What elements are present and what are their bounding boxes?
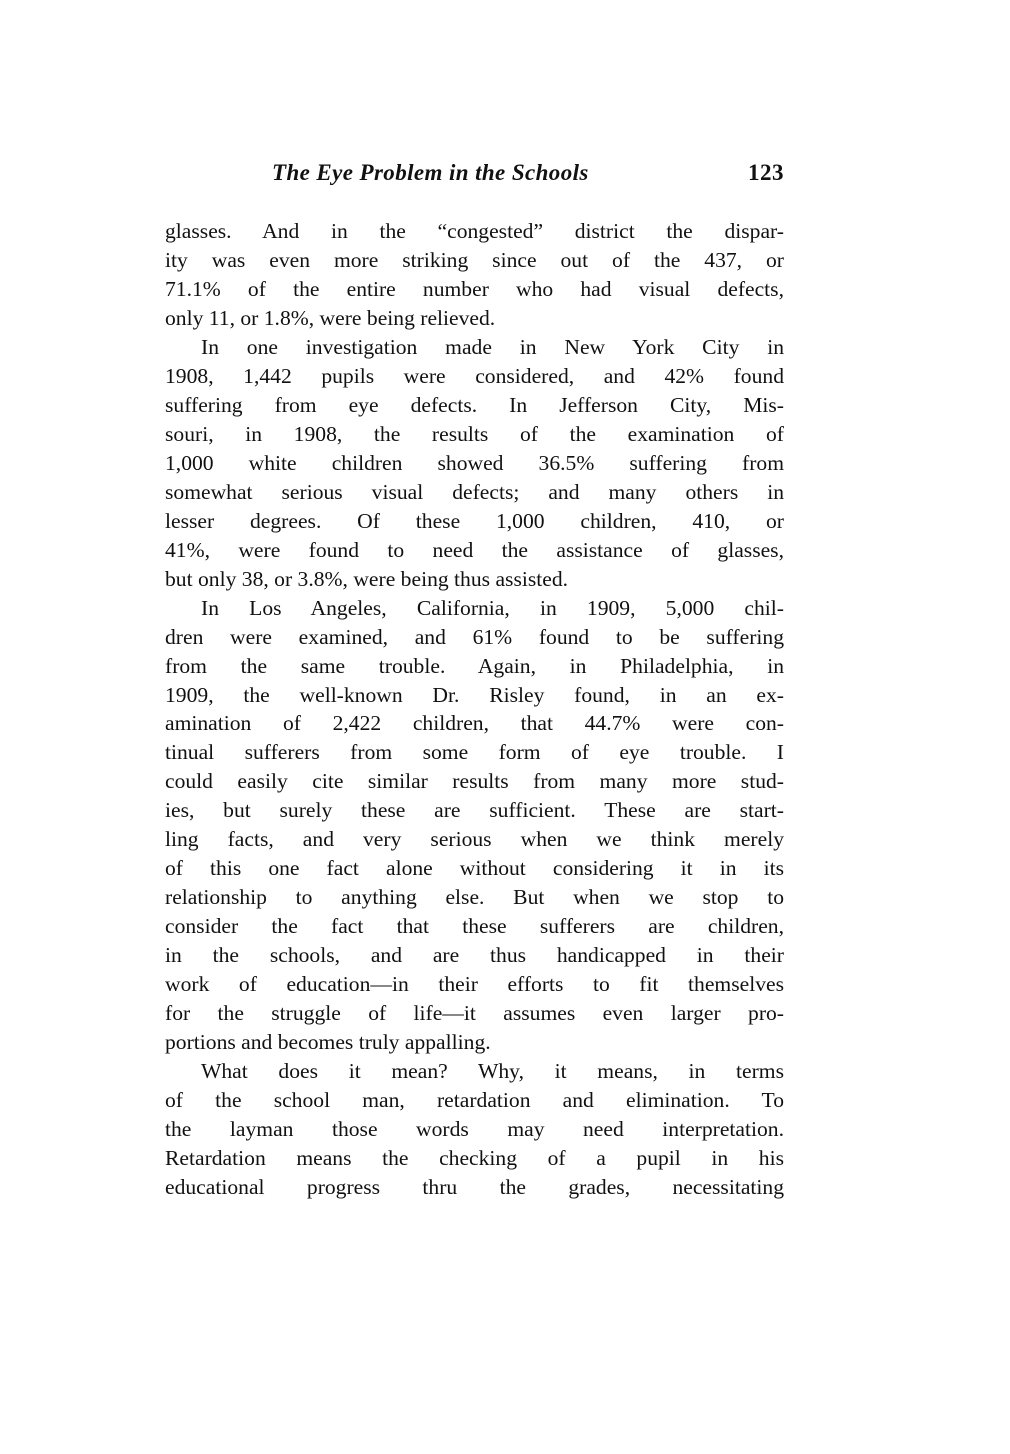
paragraph-1: glasses. And in the “congested” district… <box>165 217 784 333</box>
text-line: lesser degrees. Of these 1,000 children,… <box>165 507 784 536</box>
text-line: What does it mean? Why, it means, in ter… <box>165 1057 784 1086</box>
text-line: In one investigation made in New York Ci… <box>165 333 784 362</box>
text-line: in the schools, and are thus handicapped… <box>165 941 784 970</box>
body-text: glasses. And in the “congested” district… <box>165 217 784 1202</box>
text-line: glasses. And in the “congested” district… <box>165 217 784 246</box>
text-line: of this one fact alone without consideri… <box>165 854 784 883</box>
text-line: ling facts, and very serious when we thi… <box>165 825 784 854</box>
text-line: 1908, 1,442 pupils were considered, and … <box>165 362 784 391</box>
text-line: educational progress thru the grades, ne… <box>165 1173 784 1202</box>
text-line: tinual sufferers from some form of eye t… <box>165 738 784 767</box>
running-title: The Eye Problem in the Schools <box>272 160 589 186</box>
text-line: for the struggle of life—it assumes even… <box>165 999 784 1028</box>
text-line: 1909, the well-known Dr. Risley found, i… <box>165 681 784 710</box>
text-line: portions and becomes truly appalling. <box>165 1028 784 1057</box>
text-line: Retardation means the checking of a pupi… <box>165 1144 784 1173</box>
paragraph-4: What does it mean? Why, it means, in ter… <box>165 1057 784 1202</box>
text-line: ity was even more striking since out of … <box>165 246 784 275</box>
text-line: somewhat serious visual defects; and man… <box>165 478 784 507</box>
paragraph-3: In Los Angeles, California, in 1909, 5,0… <box>165 594 784 1058</box>
running-head: The Eye Problem in the Schools 123 <box>165 158 784 192</box>
paragraph-2: In one investigation made in New York Ci… <box>165 333 784 594</box>
text-line: dren were examined, and 61% found to be … <box>165 623 784 652</box>
text-line: ies, but surely these are sufficient. Th… <box>165 796 784 825</box>
text-line: the layman those words may need interpre… <box>165 1115 784 1144</box>
text-line: from the same trouble. Again, in Philade… <box>165 652 784 681</box>
text-line: could easily cite similar results from m… <box>165 767 784 796</box>
text-line: but only 38, or 3.8%, were being thus as… <box>165 565 784 594</box>
text-line: suffering from eye defects. In Jefferson… <box>165 391 784 420</box>
text-line: amination of 2,422 children, that 44.7% … <box>165 709 784 738</box>
text-line: 71.1% of the entire number who had visua… <box>165 275 784 304</box>
text-line: consider the fact that these sufferers a… <box>165 912 784 941</box>
text-line: relationship to anything else. But when … <box>165 883 784 912</box>
text-line: work of education—in their efforts to fi… <box>165 970 784 999</box>
text-line: only 11, or 1.8%, were being relieved. <box>165 304 784 333</box>
text-line: 1,000 white children showed 36.5% suffer… <box>165 449 784 478</box>
page-number: 123 <box>748 160 784 186</box>
text-line: of the school man, retardation and elimi… <box>165 1086 784 1115</box>
text-line: 41%, were found to need the assistance o… <box>165 536 784 565</box>
text-line: souri, in 1908, the results of the exami… <box>165 420 784 449</box>
book-page: The Eye Problem in the Schools 123 glass… <box>165 158 784 1202</box>
text-line: In Los Angeles, California, in 1909, 5,0… <box>165 594 784 623</box>
